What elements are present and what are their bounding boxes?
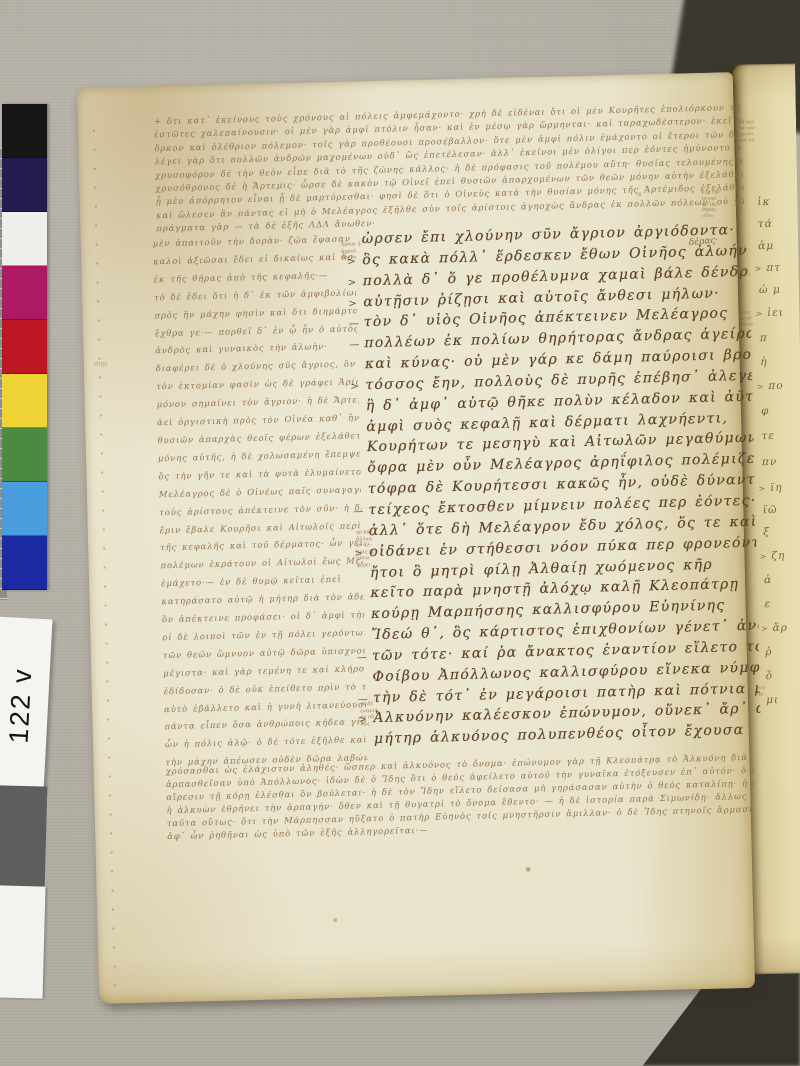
fragment-text: ῥ — [765, 646, 772, 658]
fragment-text: ζη — [771, 550, 785, 562]
page-fragment: >ἄρ — [761, 622, 788, 634]
color-patch — [2, 536, 47, 590]
page-fragment: ἀ — [760, 574, 772, 586]
color-patch — [2, 374, 47, 428]
margin-word: σημ — [94, 359, 108, 367]
white-calibration-patch — [0, 885, 45, 998]
page-fragment: π — [756, 332, 768, 344]
fragment-text: τά — [758, 218, 773, 230]
fragment-text: ὅ — [766, 670, 774, 682]
diple-mark: > — [348, 298, 363, 309]
folio-label: 122 v — [0, 617, 53, 794]
diple-mark: > — [757, 382, 765, 391]
prick-marks — [93, 130, 116, 1010]
fragment-text: μι — [766, 694, 779, 706]
fragment-text: ἀμ — [758, 240, 774, 252]
color-calibration-bar — [2, 104, 47, 590]
page-fragment: τε — [757, 430, 775, 442]
page-fragment: φ — [757, 405, 770, 417]
page-fragment: ἡ — [756, 356, 768, 368]
fragment-text: ἰει — [767, 307, 784, 319]
fragment-text: φ — [761, 405, 770, 417]
page-fragment: ὠ μ — [755, 284, 781, 296]
fragment-text: ἱκ — [757, 196, 770, 208]
diple-mark: — — [357, 652, 372, 663]
fragment-text: πο — [768, 380, 783, 392]
manuscript-page: + ὅτι κατ᾽ ἐκείνους τοὺς χρόνους αἱ πόλε… — [77, 72, 755, 1004]
page-fragment: ἱκ — [753, 196, 770, 208]
facing-page-fragments: ἱκτάἀμ>πτὠ μ>ἰειπἡ>ποφτεπν>ϊηϊῶξ>ζηἀε>ἄρ… — [729, 63, 795, 64]
page-fragment: ξ — [759, 526, 770, 538]
page-fragment: >ϊη — [758, 482, 782, 494]
diple-mark: > — [350, 381, 365, 392]
page-fragment: ὅ — [762, 670, 774, 682]
fragment-text: ἡ — [760, 356, 768, 368]
page-fragment: ε — [760, 598, 771, 610]
fragment-text: π — [760, 332, 768, 344]
fragment-text: πτ — [766, 262, 781, 274]
page-fragment: >πο — [757, 380, 784, 392]
diple-mark: > — [758, 484, 766, 493]
diple-mark: > — [761, 624, 769, 633]
fragment-text: ἄρ — [773, 622, 788, 634]
gray-calibration-patch — [0, 785, 47, 888]
page-fragment: >ἰει — [755, 307, 784, 319]
fragment-text: ὠ μ — [759, 284, 781, 296]
fragment-text: τε — [761, 430, 775, 442]
margin-note: σημ τὴνἱστορίαν τῆςθήραςοὕτω — [702, 190, 721, 219]
color-patch — [2, 266, 47, 320]
diple-mark: — — [349, 339, 364, 350]
diple-mark: > — [760, 552, 768, 561]
diple-mark: — — [353, 506, 368, 517]
page-fragment: τά — [754, 218, 773, 230]
diple-mark: > — [755, 309, 763, 318]
color-patch — [2, 428, 47, 482]
page-fragment: ϊῶ — [759, 504, 778, 516]
page-fragment: >ζη — [760, 550, 786, 562]
interlinear-gloss: ἤγουν ἡἀγριό-δοντα — [341, 241, 361, 261]
color-patch — [2, 482, 47, 536]
interlinear-gloss: τὸ δὲἐναντίον οὕτως — [360, 701, 378, 728]
diple-mark: > — [755, 264, 763, 273]
page-fragment: ἀμ — [754, 240, 774, 252]
fragment-text: ἀ — [764, 574, 772, 586]
folio-number: 122 v — [4, 666, 39, 744]
left-scholia-column: μὲν ἀπαιτοῦν τὴν δορὰν· ζῷα ἔφασαν ὅτικα… — [153, 231, 368, 776]
fragment-text: ϊη — [770, 482, 783, 494]
color-patch — [2, 158, 47, 212]
fragment-text: πν — [762, 456, 778, 468]
bottom-scholia-block: χρύσασθαι ὡς ἐλάχιστον ἀληθές· ὥσπερ καὶ… — [166, 752, 756, 848]
fragment-text: ε — [764, 598, 771, 610]
top-scholia-block: + ὅτι κατ᾽ ἐκείνους τοὺς χρόνους αἱ πόλε… — [154, 102, 745, 239]
diple-mark: > — [348, 277, 363, 288]
diple-mark: — — [349, 319, 364, 330]
fragment-text: ϊῶ — [763, 504, 778, 516]
fragment-text: ξ — [763, 526, 770, 538]
color-patch — [2, 320, 47, 374]
main-text-block: ὦρσεν ἔπι χλούνην σῦν ἄγριον ἀργιόδοντα·… — [346, 222, 761, 757]
page-fragment: >πτ — [755, 262, 782, 274]
interlinear-gloss: γρ καὶἄλλωςἐν ἄλ-λοις δὲοὕτωφέρει — [356, 529, 375, 569]
color-patch — [2, 104, 47, 158]
page-fragment: ῥ — [761, 646, 772, 658]
color-patch — [2, 212, 47, 266]
page-fragment: πν — [758, 456, 778, 468]
